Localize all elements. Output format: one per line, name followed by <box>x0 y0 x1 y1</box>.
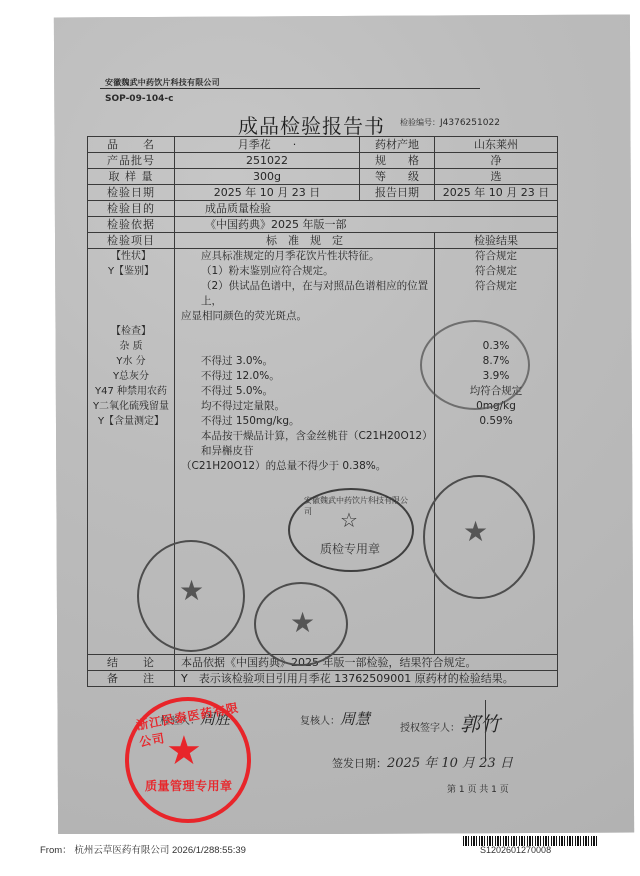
from-time: 2026/1/288:55:39 <box>172 845 246 856</box>
report-date-value: 2025 年 10 月 23 日 <box>435 185 558 201</box>
reviewer-signature: 复核人：周慧 <box>300 708 370 729</box>
sample-value: 300g <box>175 169 360 185</box>
product-name-label: 品 名 <box>88 137 175 153</box>
standard-text: （C21H20O12）的总量不得少于 0.38%。 <box>181 459 432 474</box>
standard-text: 应显相同颜色的荧光斑点。 <box>181 309 432 324</box>
table-row: 产品批号 251022 规 格 净 <box>88 153 558 169</box>
reviewer-label: 复核人： <box>300 716 340 727</box>
seal-text: 质量管理专用章 <box>145 777 233 794</box>
reviewer-sign: 周慧 <box>340 710 370 728</box>
basis-value: 《中国药典》2025 年版一部 <box>175 217 558 233</box>
inspection-number: 检验编号：J4376251022 <box>400 117 500 128</box>
grade-value: 选 <box>435 169 558 185</box>
table-row: 检验日期 2025 年 10 月 23 日 报告日期 2025 年 10 月 2… <box>88 185 558 201</box>
test-date-label: 检验日期 <box>88 185 175 201</box>
issue-date-label: 签发日期： <box>332 757 387 770</box>
remark-label: 备 注 <box>88 671 175 687</box>
standard-text: 不得过 3.0%。 <box>181 354 432 369</box>
inspection-number-label: 检验编号： <box>400 118 440 127</box>
quality-inspection-stamp: 安徽魏武中药饮片科技有限公司 ☆ 质检专用章 <box>288 488 414 572</box>
remark-text: Y 表示该检验项目引用月季花 13762509001 原药材的检验结果。 <box>175 671 558 687</box>
from-label: From： <box>40 845 72 856</box>
purpose-value: 成品质量检验 <box>175 201 558 217</box>
grade-label: 等 级 <box>360 169 435 185</box>
authorized-label: 授权签字人： <box>400 723 460 734</box>
page-info: 第 1 页 共 1 页 <box>447 782 509 795</box>
batch-value: 251022 <box>175 153 360 169</box>
result-header: 检验结果 <box>435 233 558 249</box>
stamp-text: 安徽魏武中药饮片科技有限公司 <box>304 495 412 517</box>
sop-code: SOP-09-104-c <box>105 94 173 104</box>
standard-text: 均不得过定量限。 <box>181 399 432 414</box>
item-label: Y【含量测定】 <box>90 414 172 429</box>
item-label: Y总灰分 <box>90 369 172 384</box>
quality-management-stamp: ★ <box>254 582 348 666</box>
standard-text: 不得过 5.0%。 <box>181 384 432 399</box>
batch-label: 产品批号 <box>88 153 175 169</box>
from-company: 杭州云草医药有限公司 <box>74 845 169 856</box>
standard-text: 不得过 150mg/kg。 <box>181 414 432 429</box>
quality-management-stamp-2: ★ <box>423 475 535 599</box>
fax-source: From： 杭州云草医药有限公司 2026/1/288:55:39 <box>40 842 246 856</box>
conclusion-label: 结 论 <box>88 655 175 671</box>
header-divider <box>100 88 480 89</box>
faded-company-stamp <box>420 320 530 410</box>
standard-text: 本品按干燥品计算，含金丝桃苷（C21H20O12）和异槲皮苷 <box>181 429 432 459</box>
result-value: 符合规定 <box>437 249 555 264</box>
standard-text: （1）粉末鉴别应符合规定。 <box>181 264 432 279</box>
barcode-number: S1202601270008 <box>480 845 551 855</box>
product-name-value: 月季花 · <box>175 137 360 153</box>
result-value: 0.59% <box>437 414 555 429</box>
item-label: Y二氧化硫残留量 <box>90 399 172 414</box>
table-row: 检验目的 成品质量检验 <box>88 201 558 217</box>
item-label: Y水 分 <box>90 354 172 369</box>
item-label: 【性状】 <box>90 249 172 264</box>
sample-label: 取 样 量 <box>88 169 175 185</box>
item-label: Y【鉴别】 <box>90 264 172 279</box>
standard-header: 标 准 规 定 <box>175 233 435 249</box>
table-row: 检验项目 标 准 规 定 检验结果 <box>88 233 558 249</box>
star-icon: ★ <box>290 606 315 639</box>
table-row: 取 样 量 300g 等 级 选 <box>88 169 558 185</box>
table-row: 品 名 月季花 · 药材产地 山东莱州 <box>88 137 558 153</box>
signature-stroke <box>485 700 486 760</box>
basis-label: 检验依据 <box>88 217 175 233</box>
item-label: 【检查】 <box>90 324 172 339</box>
red-quality-seal: 浙江民泰医药有限公司 ★ 质量管理专用章 <box>125 697 251 823</box>
purpose-label: 检验目的 <box>88 201 175 217</box>
table-row: 备 注 Y 表示该检验项目引用月季花 13762509001 原药材的检验结果。 <box>88 671 558 687</box>
result-value: 符合规定 <box>437 264 555 279</box>
authorized-sign: 郭竹 <box>460 712 500 736</box>
stamp-text: 质检专用章 <box>320 540 380 557</box>
hangzhou-company-stamp: ★ <box>137 540 245 652</box>
table-row: 检验依据 《中国药典》2025 年版一部 <box>88 217 558 233</box>
spec-label: 规 格 <box>360 153 435 169</box>
star-icon: ☆ <box>340 508 358 532</box>
items-label: 检验项目 <box>88 233 175 249</box>
star-icon: ★ <box>166 731 202 771</box>
company-name: 安徽魏武中药饮片科技有限公司 <box>105 77 220 88</box>
standard-text: 不得过 12.0%。 <box>181 369 432 384</box>
inspection-number-value: J4376251022 <box>440 118 500 128</box>
issue-date-value: 2025 年 10 月 23 日 <box>387 756 513 771</box>
item-label: Y47 种禁用农药 <box>90 384 172 399</box>
document-title: 成品检验报告书 <box>238 110 385 139</box>
star-icon: ★ <box>179 574 204 607</box>
origin-value: 山东莱州 <box>435 137 558 153</box>
item-label: 杂 质 <box>90 339 172 354</box>
star-icon: ★ <box>463 515 488 548</box>
origin-label: 药材产地 <box>360 137 435 153</box>
issue-date: 签发日期：2025 年 10 月 23 日 <box>332 752 513 771</box>
conclusion-text: 本品依据《中国药典》2025 年版一部检验，结果符合规定。 <box>175 655 558 671</box>
test-date-value: 2025 年 10 月 23 日 <box>175 185 360 201</box>
standard-text: （2）供试品色谱中，在与对照品色谱相应的位置上， <box>181 279 432 309</box>
result-value: 符合规定 <box>437 279 555 294</box>
report-date-label: 报告日期 <box>360 185 435 201</box>
spec-value: 净 <box>435 153 558 169</box>
standard-text: 应具标准规定的月季花饮片性状特征。 <box>181 249 432 264</box>
